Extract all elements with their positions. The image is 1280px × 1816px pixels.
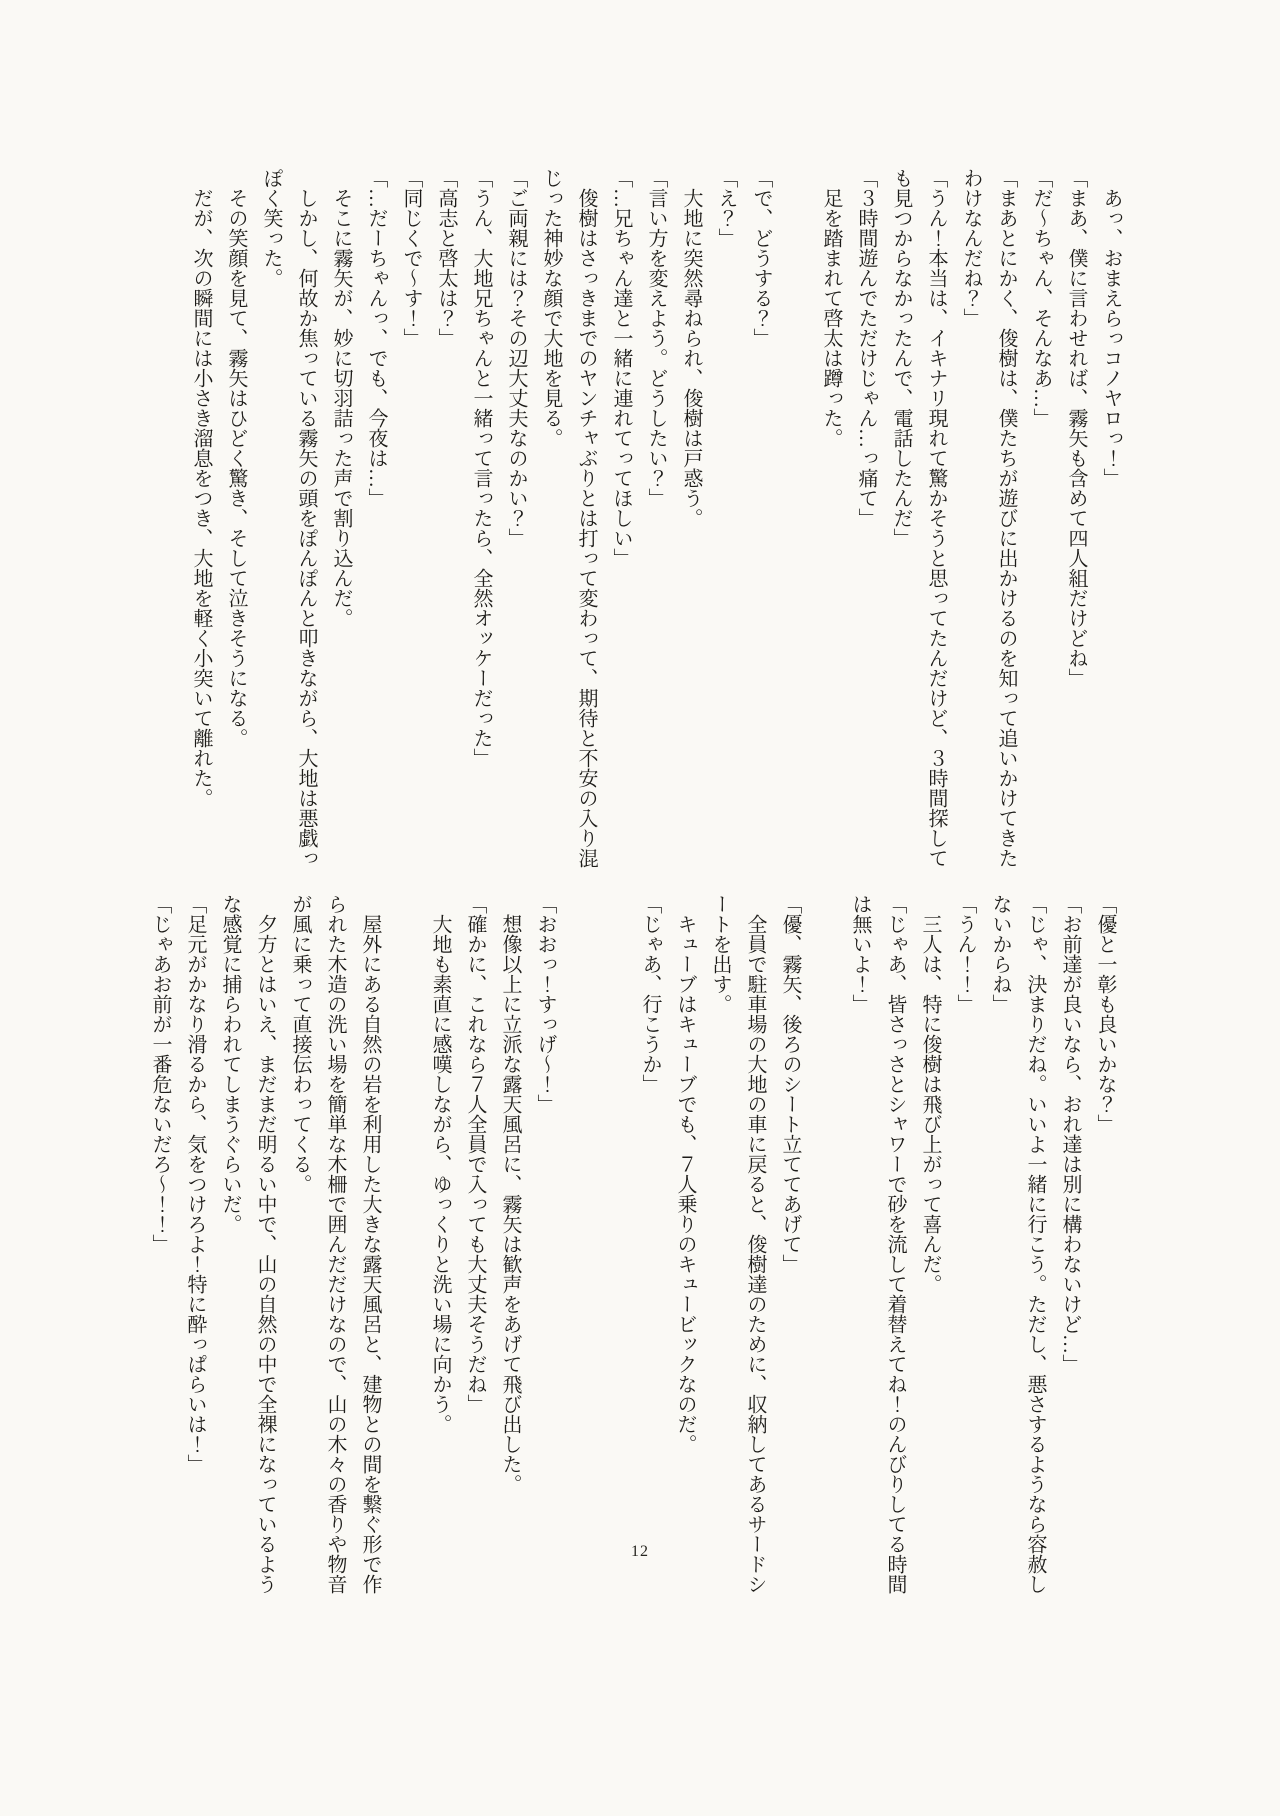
narrative-line: も見つからなかったんで、電話したんだ」 [883,168,918,880]
narrative-line: 全員で駐車場の大地の車に戻ると、俊樹達のために、収納してあるサードシ [737,894,772,1606]
dialogue-line: 「で、どうする？」 [743,168,778,880]
narrative-line: ぽく笑った。 [253,168,288,880]
dialogue-line: 「うん、大地兄ちゃんと一緒って言ったら、全然オッケーだった」 [463,168,498,880]
dialogue-line: 「…だーちゃんっ、でも、今夜は…」 [358,168,393,880]
dialogue-line: 「じゃあ、皆さっさとシャワーで砂を流して着替えてね！のんびりしてる時間 [877,894,912,1606]
narrative-line: あっ、おまえらっコノヤロっ！」 [1093,168,1128,880]
narrative-line: な感覚に捕らわれてしまうぐらいだ。 [212,894,247,1606]
narrative-line: 足を踏まれて啓太は蹲った。 [813,168,848,880]
narrative-line: じった神妙な顔で大地を見る。 [533,168,568,880]
dialogue-line: 「まあとにかく、俊樹は、僕たちが遊びに出かけるのを知って追いかけてきた [988,168,1023,880]
dialogue-line: 「じゃあ、行こうか」 [632,894,667,1606]
dialogue-line: 「じゃ、決まりだね。いいよ一緒に行こう。ただし、悪さするようなら容赦し [1017,894,1052,1606]
dialogue-line: 「お前達が良いなら、おれ達は別に構わないけど…」 [1052,894,1087,1606]
narrative-line: は無いよ！」 [842,894,877,1606]
dialogue-line: 「３時間遊んでただけじゃん…っ痛て」 [848,168,883,880]
narrative-line: 想像以上に立派な露天風呂に、霧矢は歓声をあげて飛び出した。 [492,894,527,1606]
narrative-line: られた木造の洗い場を簡単な木柵で囲んだだけなので、山の木々の香りや物音 [317,894,352,1606]
dialogue-line: 「だ〜ちゃん、そんなあ…」 [1023,168,1058,880]
narrative-line: 屋外にある自然の岩を利用した大きな露天風呂と、建物との間を繋ぐ形で作 [352,894,387,1606]
novel-page: あっ、おまえらっコノヤロっ！」「まあ、僕に言わせれば、霧矢も含めて四人組だけどね… [0,0,1280,1816]
dialogue-line: 「確かに、これなら７人全員で入っても大丈夫そうだね」 [457,894,492,1606]
narrative-line: だが、次の瞬間には小さき溜息をつき、大地を軽く小突いて離れた。 [183,168,218,880]
dialogue-line: 「優、霧矢、後ろのシート立ててあげて」 [772,894,807,1606]
text-band-top: あっ、おまえらっコノヤロっ！」「まあ、僕に言わせれば、霧矢も含めて四人組だけどね… [183,168,1128,880]
narrative-line: その笑顔を見て、霧矢はひどく驚き、そして泣きそうになる。 [218,168,253,880]
blank-column [562,894,597,1606]
dialogue-line: 「同じくで〜す！」 [393,168,428,880]
narrative-line: 三人は、特に俊樹は飛び上がって喜んだ。 [912,894,947,1606]
dialogue-line: 「言い方を変えよう。どうしたい？」 [638,168,673,880]
narrative-line: が風に乗って直接伝わってくる。 [282,894,317,1606]
dialogue-line: 「おおっ！すっげ〜！」 [527,894,562,1606]
dialogue-line: 「高志と啓太は？」 [428,168,463,880]
blank-column [597,894,632,1606]
text-band-bottom: 「優と一彰も良いかな？」「お前達が良いなら、おれ達は別に構わないけど…」「じゃ、… [142,894,1122,1606]
narrative-line: 大地に突然尋ねられ、俊樹は戸惑う。 [673,168,708,880]
dialogue-line: 「まあ、僕に言わせれば、霧矢も含めて四人組だけどね」 [1058,168,1093,880]
page-number: 12 [0,1543,1280,1561]
blank-column [778,168,813,880]
narrative-line: しかし、何故か焦っている霧矢の頭をぽんぽんと叩きながら、大地は悪戯っ [288,168,323,880]
narrative-line: そこに霧矢が、妙に切羽詰った声で割り込んだ。 [323,168,358,880]
dialogue-line: 「うん！！」 [947,894,982,1606]
dialogue-line: 「…兄ちゃん達と一緒に連れてってほしい」 [603,168,638,880]
blank-column [387,894,422,1606]
narrative-line: わけなんだね？」 [953,168,988,880]
dialogue-line: 「ご両親には？その辺大丈夫なのかい？」 [498,168,533,880]
dialogue-line: 「優と一彰も良いかな？」 [1087,894,1122,1606]
dialogue-line: 「じゃあお前が一番危ないだろ〜！！」 [142,894,177,1606]
narrative-line: 夕方とはいえ、まだまだ明るい中で、山の自然の中で全裸になっているよう [247,894,282,1606]
blank-column [807,894,842,1606]
narrative-line: 俊樹はさっきまでのヤンチャぶりとは打って変わって、期待と不安の入り混 [568,168,603,880]
narrative-line: 大地も素直に感嘆しながら、ゆっくりと洗い場に向かう。 [422,894,457,1606]
narrative-line: ートを出す。 [702,894,737,1606]
dialogue-line: 「うん！本当は、イキナリ現れて驚かそうと思ってたんだけど、３時間探して [918,168,953,880]
narrative-line: キューブはキューブでも、７人乗りのキュービックなのだ。 [667,894,702,1606]
narrative-line: ないからね」 [982,894,1017,1606]
dialogue-line: 「え？」 [708,168,743,880]
dialogue-line: 「足元がかなり滑るから、気をつけろよ！特に酔っぱらいは！」 [177,894,212,1606]
